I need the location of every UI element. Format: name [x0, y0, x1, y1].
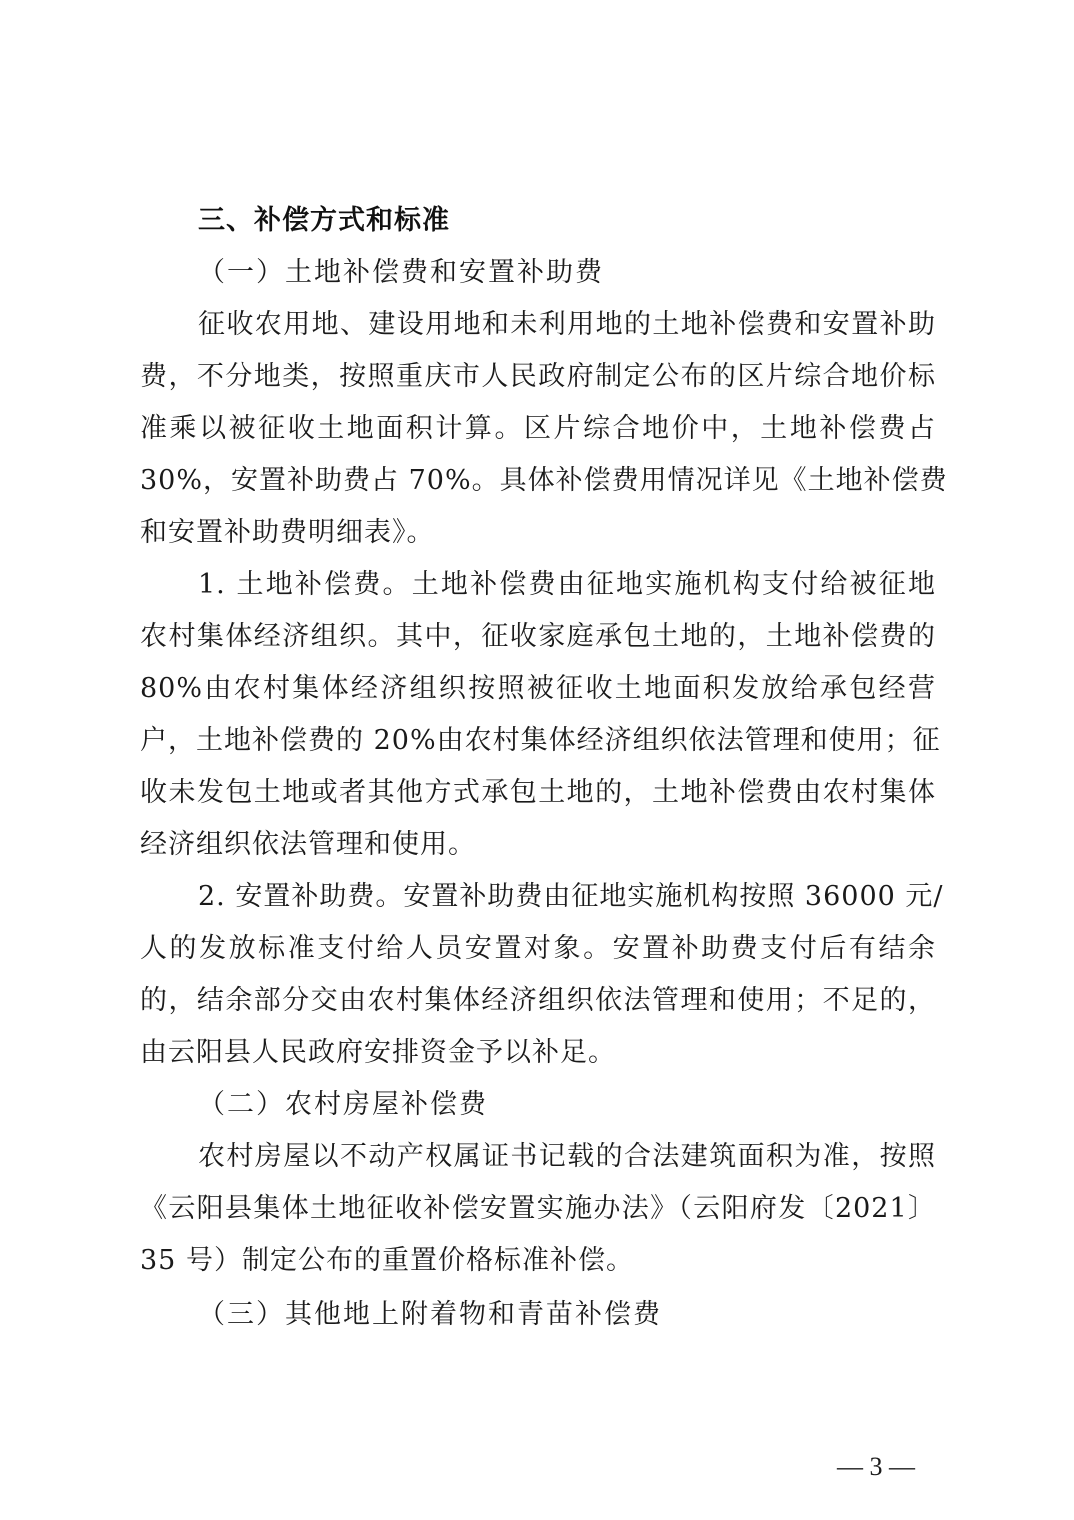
document-page: 三、补偿方式和标准 （一）土地补偿费和安置补助费 征收农用地、建设用地和未利用地…: [0, 0, 1074, 1520]
paragraph-line: 收未发包土地或者其他方式承包土地的，土地补偿费由农村集体: [140, 776, 936, 810]
paragraph-line: 2. 安置补助费。安置补助费由征地实施机构按照 36000 元/: [198, 880, 936, 914]
paragraph-line: 80%由农村集体经济组织按照被征收土地面积发放给承包经营: [140, 672, 936, 706]
paragraph-line: 经济组织依法管理和使用。: [140, 828, 936, 862]
paragraph-line: 30%，安置补助费占 70%。具体补偿费用情况详见《土地补偿费: [140, 464, 936, 498]
paragraph-line: 费，不分地类，按照重庆市人民政府制定公布的区片综合地价标: [140, 360, 936, 394]
paragraph-line: 1. 土地补偿费。土地补偿费由征地实施机构支付给被征地: [198, 568, 936, 602]
paragraph-line: 和安置补助费明细表》。: [140, 516, 936, 550]
paragraph-line: 农村房屋以不动产权属证书记载的合法建筑面积为准，按照: [198, 1140, 936, 1174]
paragraph-line: 农村集体经济组织。其中，征收家庭承包土地的，土地补偿费的: [140, 620, 936, 654]
subsection-title-housing-compensation: （二）农村房屋补偿费: [198, 1088, 936, 1122]
subsection-title-land-compensation: （一）土地补偿费和安置补助费: [198, 256, 936, 290]
subsection-title-attachments-compensation: （三）其他地上附着物和青苗补偿费: [198, 1298, 936, 1332]
paragraph-line: 户，土地补偿费的 20%由农村集体经济组织依法管理和使用；征: [140, 724, 936, 758]
section-title: 三、补偿方式和标准: [198, 204, 936, 238]
paragraph-line: 的，结余部分交由农村集体经济组织依法管理和使用；不足的，: [140, 984, 936, 1018]
paragraph-line: 由云阳县人民政府安排资金予以补足。: [140, 1036, 936, 1070]
paragraph-line: 准乘以被征收土地面积计算。区片综合地价中，土地补偿费占: [140, 412, 936, 446]
paragraph-line: 《云阳县集体土地征收补偿安置实施办法》（云阳府发〔2021〕: [140, 1192, 936, 1226]
paragraph-line: 35 号）制定公布的重置价格标准补偿。: [140, 1244, 936, 1278]
page-number: — 3 —: [826, 1450, 926, 1484]
paragraph-line: 征收农用地、建设用地和未利用地的土地补偿费和安置补助: [198, 308, 936, 342]
paragraph-line: 人的发放标准支付给人员安置对象。安置补助费支付后有结余: [140, 932, 936, 966]
